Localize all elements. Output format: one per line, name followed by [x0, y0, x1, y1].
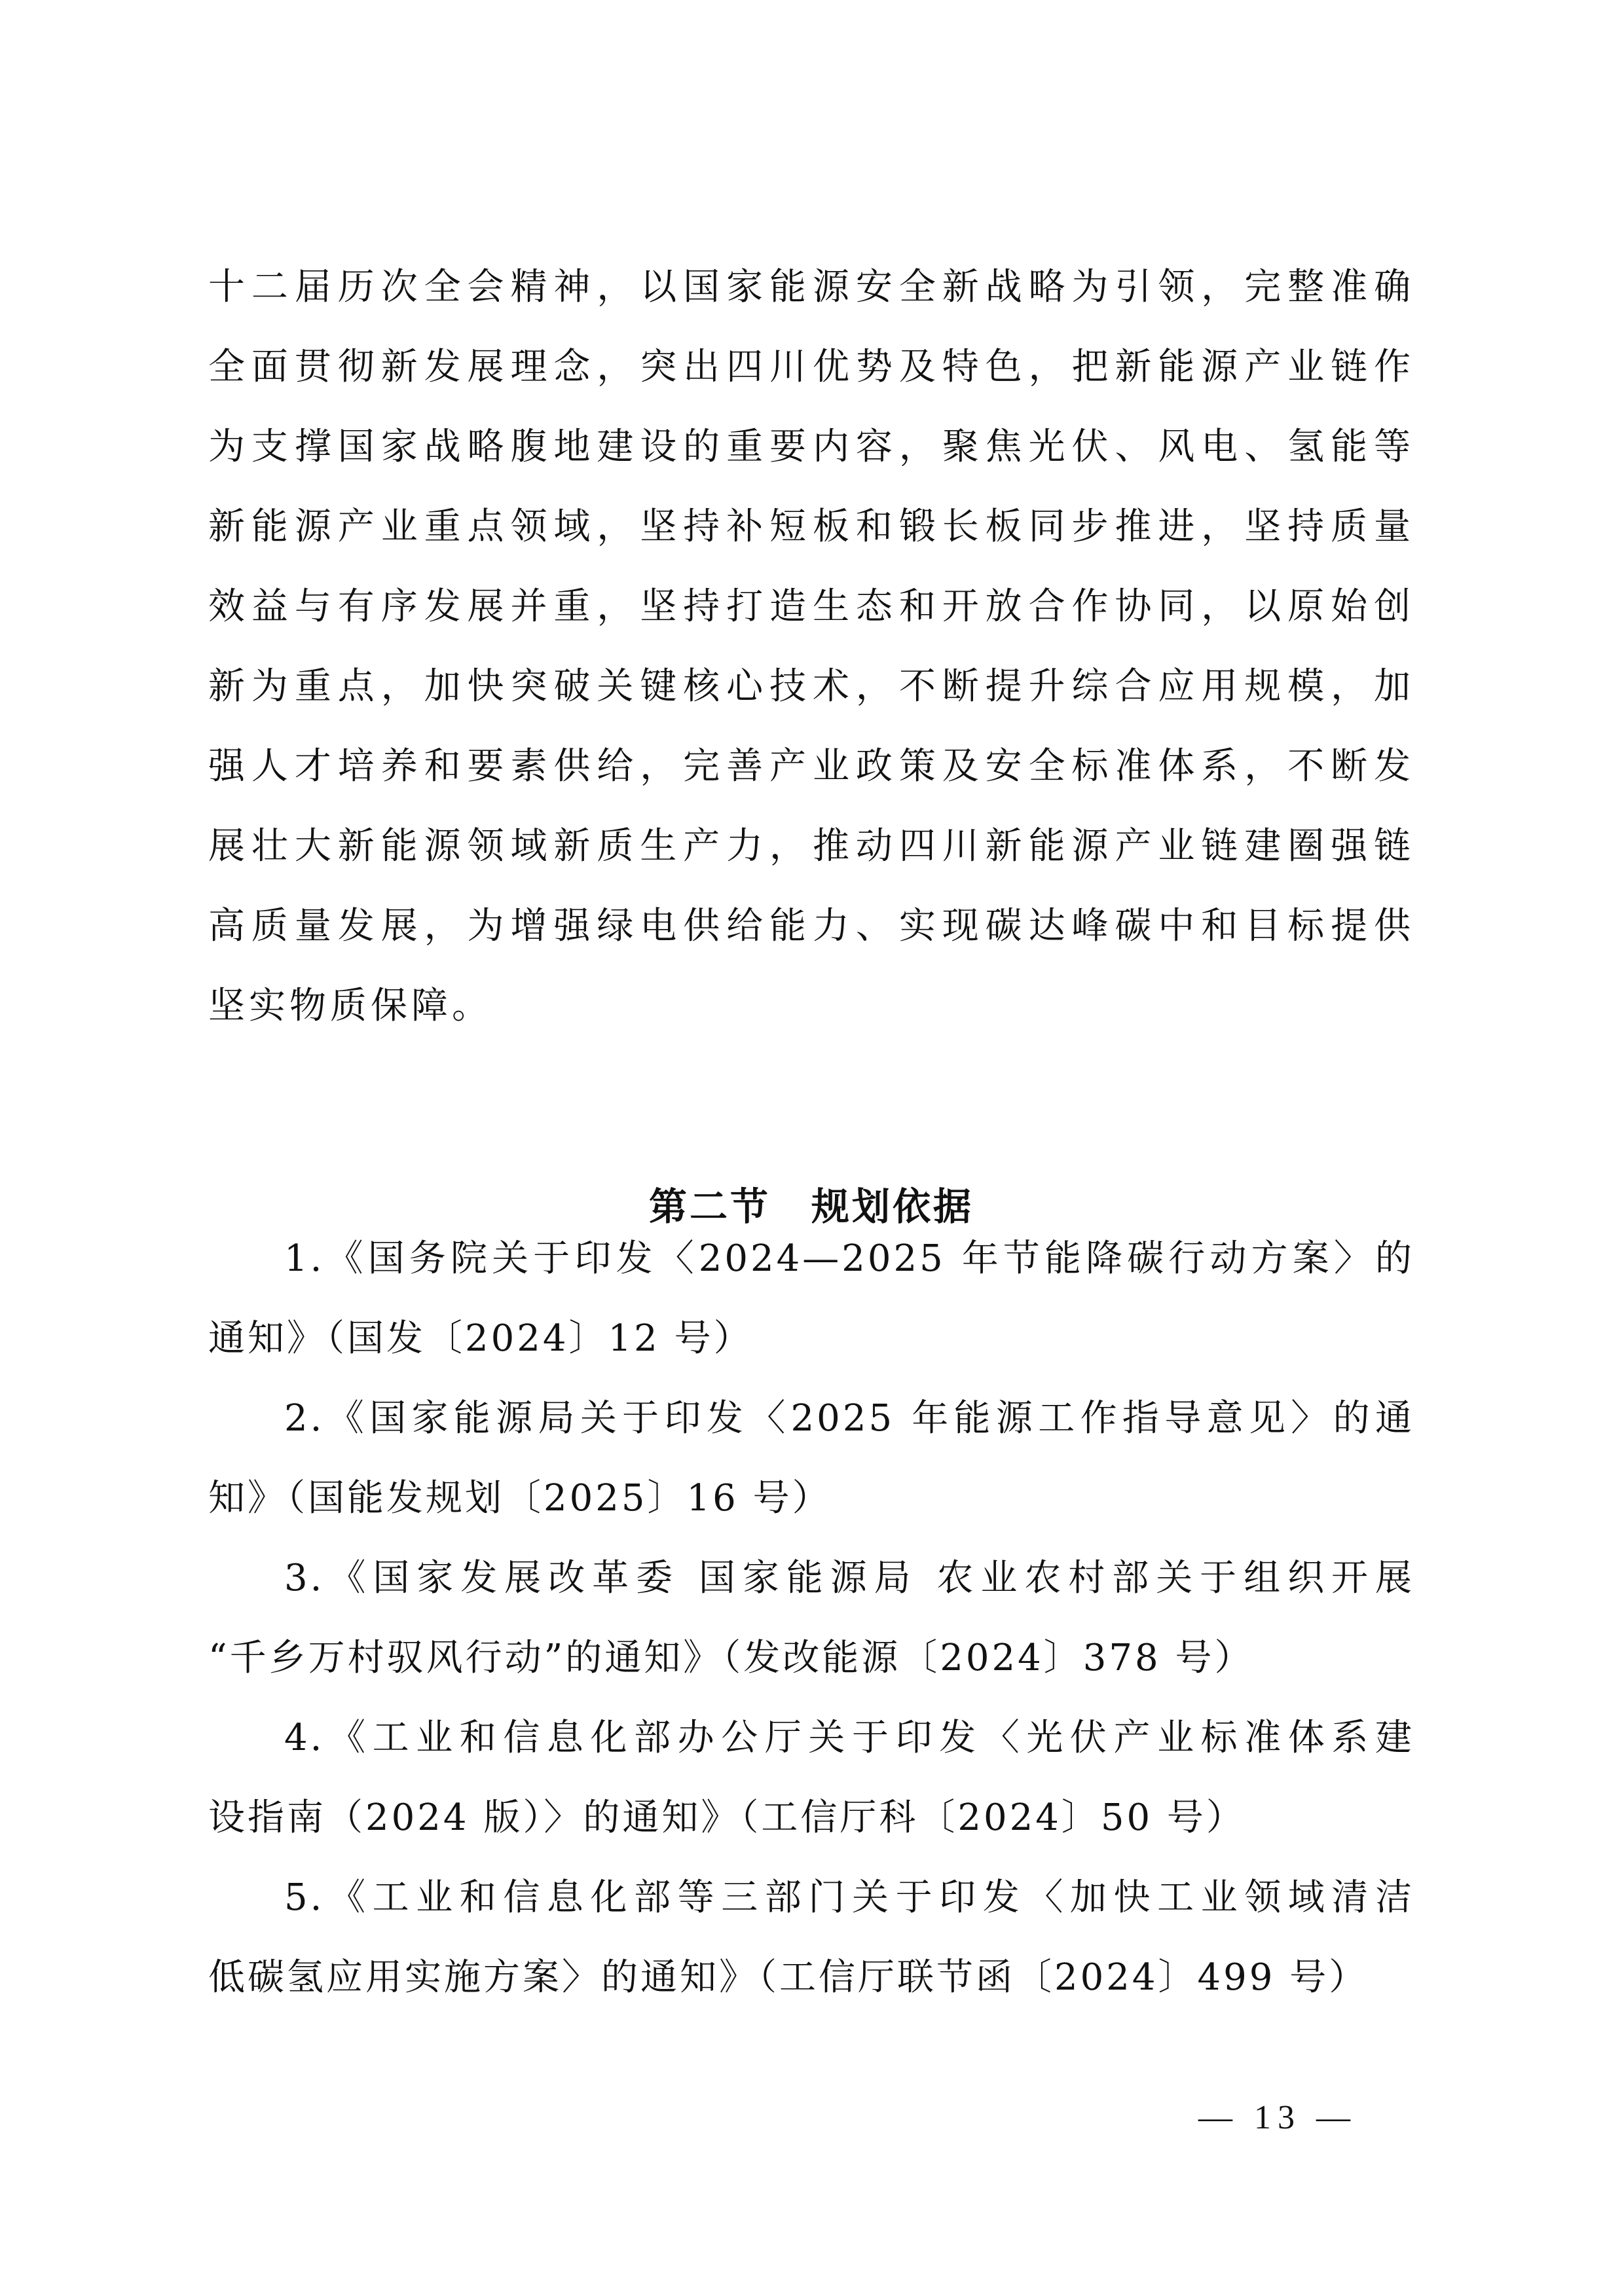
reference-item-2: 2.《国家能源局关于印发〈2025 年能源工作指导意见〉的通 知》（国能发规划〔… [208, 1379, 1414, 1539]
reference-line: 2.《国家能源局关于印发〈2025 年能源工作指导意见〉的通 [208, 1379, 1414, 1459]
reference-item-3: 3.《国家发展改革委 国家能源局 农业农村部关于组织开展 “千乡万村驭风行动”的… [208, 1539, 1414, 1698]
paragraph-line: 强人才培养和要素供给，完善产业政策及安全标准体系，不断发 [208, 727, 1414, 807]
reference-line: 设指南（2024 版）〉的通知》（工信厅科〔2024〕50 号） [208, 1778, 1414, 1858]
intro-paragraph: 十二届历次全会精神，以国家能源安全新战略为引领，完整准确 全面贯彻新发展理念，突… [208, 247, 1414, 1046]
reference-line: 5.《工业和信息化部等三部门关于印发〈加快工业领域清洁 [208, 1858, 1414, 1938]
reference-line: 1.《国务院关于印发〈2024—2025 年节能降碳行动方案〉的 [208, 1219, 1414, 1299]
reference-line: 知》（国能发规划〔2025〕16 号） [208, 1459, 1414, 1539]
reference-line: 3.《国家发展改革委 国家能源局 农业农村部关于组织开展 [208, 1539, 1414, 1618]
reference-item-5: 5.《工业和信息化部等三部门关于印发〈加快工业领域清洁 低碳氢应用实施方案〉的通… [208, 1858, 1414, 2018]
paragraph-line: 全面贯彻新发展理念，突出四川优势及特色，把新能源产业链作 [208, 327, 1414, 407]
reference-item-1: 1.《国务院关于印发〈2024—2025 年节能降碳行动方案〉的 通知》（国发〔… [208, 1219, 1414, 1379]
paragraph-line: 十二届历次全会精神，以国家能源安全新战略为引领，完整准确 [208, 247, 1414, 327]
page-number: — 13 — [1198, 2092, 1357, 2144]
paragraph-line: 展壮大新能源领域新质生产力，推动四川新能源产业链建圈强链 [208, 807, 1414, 886]
reference-line: 4.《工业和信息化部办公厅关于印发〈光伏产业标准体系建 [208, 1698, 1414, 1778]
paragraph-line: 坚实物质保障。 [208, 966, 1414, 1046]
paragraph-line: 效益与有序发展并重，坚持打造生态和开放合作协同，以原始创 [208, 567, 1414, 647]
document-page: 十二届历次全会精神，以国家能源安全新战略为引领，完整准确 全面贯彻新发展理念，突… [0, 0, 1624, 2296]
paragraph-line: 新为重点，加快突破关键核心技术，不断提升综合应用规模，加 [208, 647, 1414, 727]
reference-item-4: 4.《工业和信息化部办公厅关于印发〈光伏产业标准体系建 设指南（2024 版）〉… [208, 1698, 1414, 1858]
reference-line: 低碳氢应用实施方案〉的通知》（工信厅联节函〔2024〕499 号） [208, 1938, 1414, 2018]
reference-line: “千乡万村驭风行动”的通知》（发改能源〔2024〕378 号） [208, 1618, 1414, 1698]
paragraph-line: 高质量发展，为增强绿电供给能力、实现碳达峰碳中和目标提供 [208, 886, 1414, 966]
reference-line: 通知》（国发〔2024〕12 号） [208, 1299, 1414, 1379]
reference-list: 1.《国务院关于印发〈2024—2025 年节能降碳行动方案〉的 通知》（国发〔… [208, 1219, 1414, 2018]
paragraph-line: 为支撑国家战略腹地建设的重要内容，聚焦光伏、风电、氢能等 [208, 407, 1414, 487]
paragraph-line: 新能源产业重点领域，坚持补短板和锻长板同步推进，坚持质量 [208, 487, 1414, 567]
